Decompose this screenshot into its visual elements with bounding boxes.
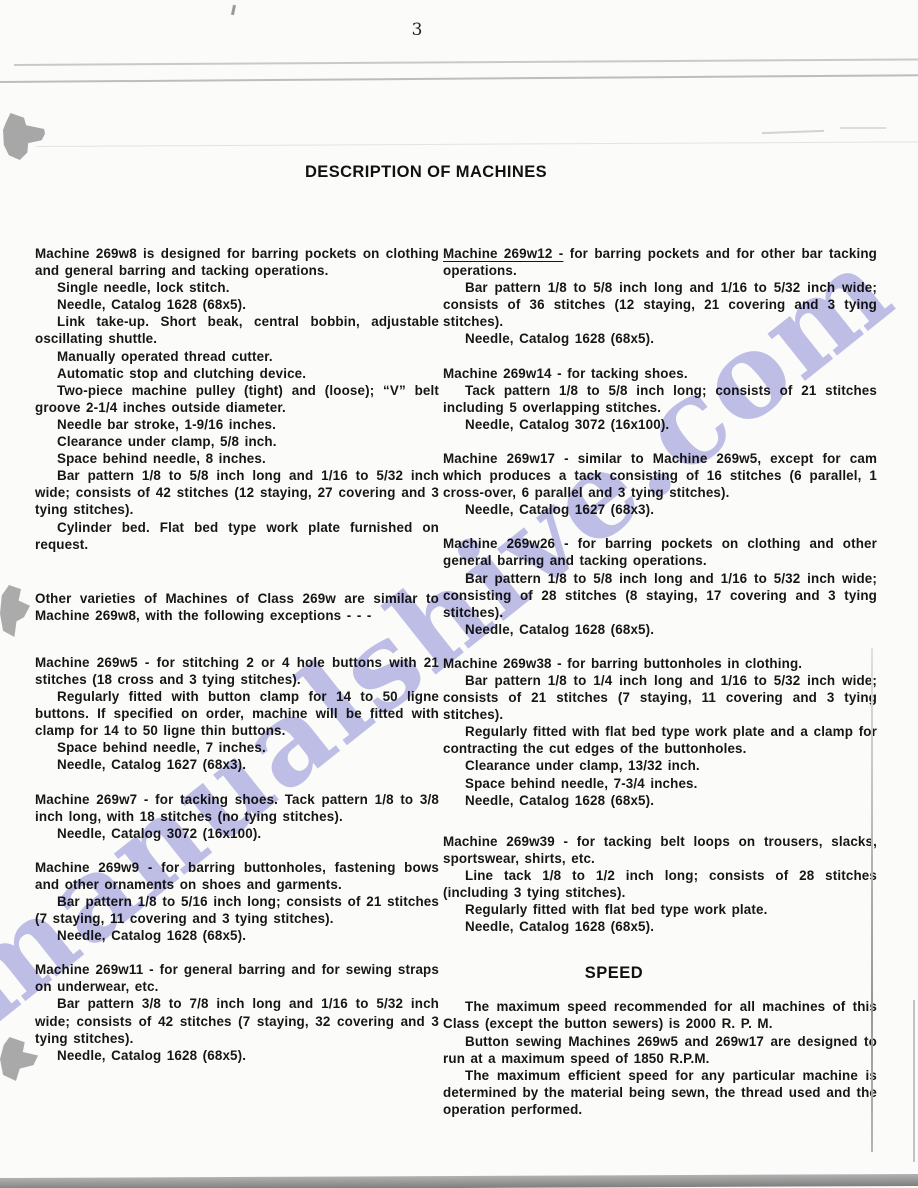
scan-edge-bar: [0, 1174, 918, 1188]
spec-line: Manually operated thread cutter.: [35, 348, 439, 365]
underlined-machine-name: Machine 269w12 -: [443, 246, 563, 261]
section-lead: Other varieties of Machines of Class 269…: [35, 590, 439, 624]
machine-269w38: Machine 269w38 - for barring buttonholes…: [443, 655, 877, 809]
spec-line: Needle, Catalog 3072 (16x100).: [35, 825, 439, 842]
section-lead: Machine 269w5 - for stitching 2 or 4 hol…: [35, 654, 439, 688]
scan-rule-line: [0, 74, 918, 83]
scan-dash-mark: [762, 130, 824, 134]
machine-269w26: Machine 269w26 - for barring pockets on …: [443, 535, 877, 638]
section-lead: Machine 269w7 - for tacking shoes. Tack …: [35, 791, 439, 825]
spec-line: Needle, Catalog 3072 (16x100).: [443, 416, 877, 433]
section-lead: Machine 269w12 - for barring pockets and…: [443, 245, 877, 279]
section-lead: Machine 269w26 - for barring pockets on …: [443, 535, 877, 569]
machine-269w8: Machine 269w8 is designed for barring po…: [35, 245, 439, 553]
spec-line: Needle, Catalog 1628 (68x5).: [35, 296, 439, 313]
left-column: Machine 269w8 is designed for barring po…: [35, 245, 439, 1064]
spec-line: Space behind needle, 7-3/4 inches.: [443, 775, 877, 792]
spec-line: Needle bar stroke, 1-9/16 inches.: [35, 416, 439, 433]
spec-line: Bar pattern 1/8 to 5/8 inch long and 1/1…: [443, 279, 877, 330]
machine-269w5: Machine 269w5 - for stitching 2 or 4 hol…: [35, 654, 439, 774]
spec-line: Needle, Catalog 1628 (68x5).: [35, 927, 439, 944]
spec-line: Space behind needle, 7 inches.: [35, 739, 439, 756]
speed-paragraph: The maximum efficient speed for any part…: [443, 1067, 877, 1118]
spec-line: Automatic stop and clutching device.: [35, 365, 439, 382]
machine-269w7: Machine 269w7 - for tacking shoes. Tack …: [35, 791, 439, 842]
document-page: 3 DESCRIPTION OF MACHINES Machine 269w8 …: [0, 0, 918, 1188]
speed-section: SPEEDThe maximum speed recommended for a…: [443, 965, 877, 1118]
spec-line: Tack pattern 1/8 to 5/8 inch long; consi…: [443, 382, 877, 416]
scan-line-vertical: [871, 648, 873, 1152]
spec-line: Bar pattern 1/8 to 5/16 inch long; consi…: [35, 893, 439, 927]
spec-line: Regularly fitted with flat bed type work…: [443, 901, 877, 918]
scan-line-vertical: [913, 1000, 915, 1162]
spec-line: Needle, Catalog 1628 (68x5).: [35, 1047, 439, 1064]
scan-rule-line: [36, 141, 918, 147]
scan-smudge: [3, 113, 45, 160]
machine-269w12: Machine 269w12 - for barring pockets and…: [443, 245, 877, 348]
spec-line: Needle, Catalog 1628 (68x5).: [443, 330, 877, 347]
spec-line: Clearance under clamp, 5/8 inch.: [35, 433, 439, 450]
speed-heading: SPEED: [443, 965, 877, 982]
note-other-varieties: Other varieties of Machines of Class 269…: [35, 590, 439, 624]
speed-paragraph: Button sewing Machines 269w5 and 269w17 …: [443, 1033, 877, 1067]
machine-269w17: Machine 269w17 - similar to Machine 269w…: [443, 450, 877, 518]
page-title: DESCRIPTION OF MACHINES: [0, 163, 852, 182]
scan-speck: [231, 5, 236, 15]
section-lead: Machine 269w9 - for barring buttonholes,…: [35, 859, 439, 893]
scan-rule-line: [14, 58, 918, 66]
section-lead: Machine 269w14 - for tacking shoes.: [443, 365, 877, 382]
speed-paragraph: The maximum speed recommended for all ma…: [443, 998, 877, 1032]
scan-dash-mark: [840, 127, 886, 129]
spec-line: Regularly fitted with flat bed type work…: [443, 723, 877, 757]
page-number: 3: [405, 20, 429, 40]
section-lead: Machine 269w38 - for barring buttonholes…: [443, 655, 877, 672]
spec-line: Two-piece machine pulley (tight) and (lo…: [35, 382, 439, 416]
spec-line: Link take-up. Short beak, central bobbin…: [35, 313, 439, 347]
right-column: Machine 269w12 - for barring pockets and…: [443, 245, 877, 1118]
spec-line: Needle, Catalog 1628 (68x5).: [443, 621, 877, 638]
spec-line: Space behind needle, 8 inches.: [35, 450, 439, 467]
spec-line: Needle, Catalog 1628 (68x5).: [443, 918, 877, 935]
scan-smudge: [0, 585, 30, 637]
spec-line: Needle, Catalog 1628 (68x5).: [443, 792, 877, 809]
spec-line: Regularly fitted with button clamp for 1…: [35, 688, 439, 739]
machine-269w11: Machine 269w11 - for general barring and…: [35, 961, 439, 1064]
section-lead: Machine 269w39 - for tacking belt loops …: [443, 833, 877, 867]
machine-269w39: Machine 269w39 - for tacking belt loops …: [443, 833, 877, 936]
section-lead: Machine 269w17 - similar to Machine 269w…: [443, 450, 877, 501]
spec-line: Clearance under clamp, 13/32 inch.: [443, 757, 877, 774]
spec-line: Bar pattern 1/8 to 1/4 inch long and 1/1…: [443, 672, 877, 723]
machine-269w14: Machine 269w14 - for tacking shoes.Tack …: [443, 365, 877, 433]
machine-269w9: Machine 269w9 - for barring buttonholes,…: [35, 859, 439, 944]
section-lead: Machine 269w11 - for general barring and…: [35, 961, 439, 995]
section-lead: Machine 269w8 is designed for barring po…: [35, 245, 439, 279]
spec-line: Cylinder bed. Flat bed type work plate f…: [35, 519, 439, 553]
spec-line: Line tack 1/8 to 1/2 inch long; consists…: [443, 867, 877, 901]
spec-line: Needle, Catalog 1627 (68x3).: [35, 756, 439, 773]
spec-line: Needle, Catalog 1627 (68x3).: [443, 501, 877, 518]
spec-line: Single needle, lock stitch.: [35, 279, 439, 296]
spec-line: Bar pattern 3/8 to 7/8 inch long and 1/1…: [35, 995, 439, 1046]
spec-line: Bar pattern 1/8 to 5/8 inch long and 1/1…: [443, 570, 877, 621]
scan-smudge: [0, 1037, 38, 1081]
spec-line: Bar pattern 1/8 to 5/8 inch long and 1/1…: [35, 467, 439, 518]
